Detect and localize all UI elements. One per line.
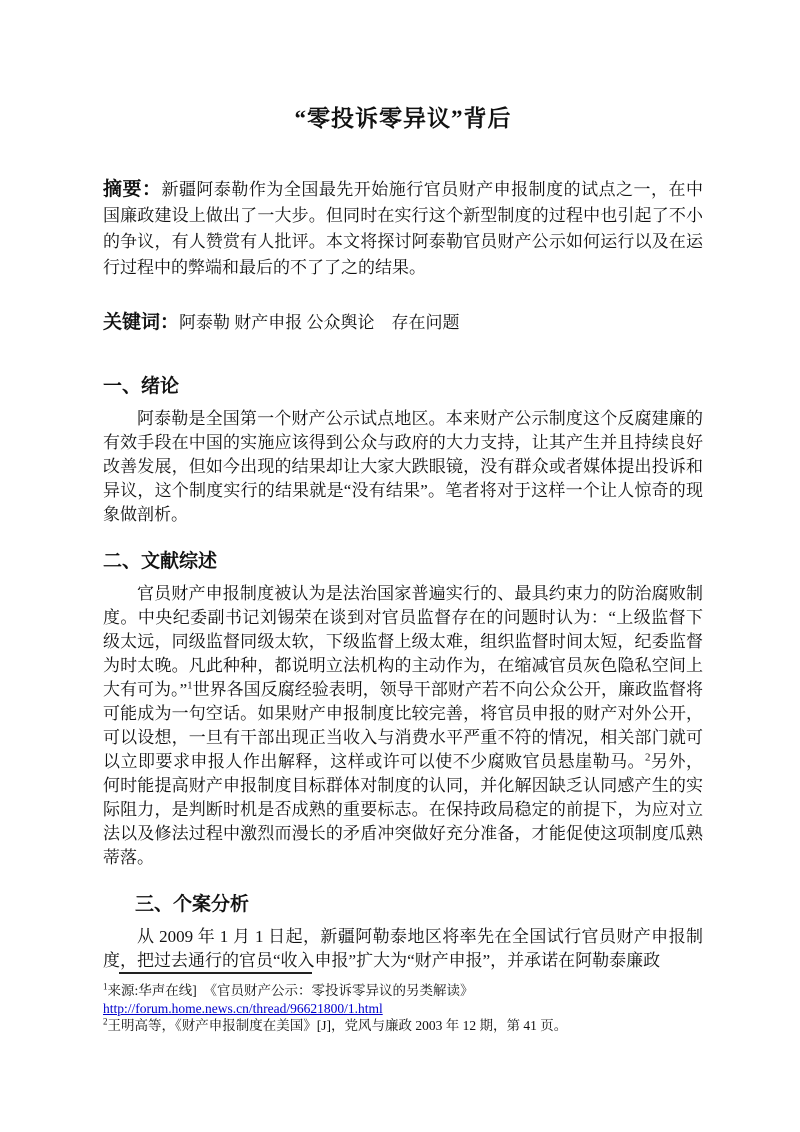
section-heading-literature-review: 二、文献综述 xyxy=(103,549,703,574)
literature-review-text-part-2: 世界各国反腐经验表明，领导干部财产若不向公众公开，廉政监督将可能成为一句空话。如… xyxy=(103,680,703,771)
footnote-1-link[interactable]: http://forum.home.news.cn/thread/9662180… xyxy=(103,1000,383,1018)
footnote-separator-rule xyxy=(119,972,312,974)
section-heading-introduction: 一、绪论 xyxy=(103,374,703,399)
abstract-text: 新疆阿泰勒作为全国最先开始施行官员财产申报制度的试点之一，在中国廉政建设上做出了… xyxy=(103,180,703,277)
keywords-text: 阿泰勒 财产申报 公众舆论 存在问题 xyxy=(179,313,460,332)
footnote-1: 1来源:华声在线] 《官员财产公示：零投诉零异议的另类解读》http://for… xyxy=(103,982,703,1017)
footnote-2: 2王明高等，《财产申报制度在美国》[J]，党风与廉政 2003 年 12 期，第… xyxy=(103,1017,703,1035)
keywords-label: 关键词： xyxy=(103,312,179,333)
abstract-paragraph: 摘要：新疆阿泰勒作为全国最先开始施行官员财产申报制度的试点之一，在中国廉政建设上… xyxy=(103,177,703,281)
page-title: “零投诉零异议”背后 xyxy=(103,103,703,135)
document-content: “零投诉零异议”背后 摘要：新疆阿泰勒作为全国最先开始施行官员财产申报制度的试点… xyxy=(0,0,800,973)
document-page: “零投诉零异议”背后 摘要：新疆阿泰勒作为全国最先开始施行官员财产申报制度的试点… xyxy=(0,0,800,1132)
abstract-label: 摘要： xyxy=(103,179,161,200)
case-analysis-paragraph: 从 2009 年 1 月 1 日起，新疆阿勒泰地区将率先在全国试行官员财产申报制… xyxy=(103,925,703,973)
literature-review-paragraph: 官员财产申报制度被认为是法治国家普遍实行的、最具约束力的防治腐败制度。中央纪委副… xyxy=(103,582,703,870)
footnote-1-text: 来源:华声在线] 《官员财产公示：零投诉零异议的另类解读》 xyxy=(108,983,474,998)
introduction-paragraph: 阿泰勒是全国第一个财产公示试点地区。本来财产公示制度这个反腐建廉的有效手段在中国… xyxy=(103,407,703,527)
section-heading-case-analysis: 三、个案分析 xyxy=(135,892,703,917)
footnote-2-text: 王明高等，《财产申报制度在美国》[J]，党风与廉政 2003 年 12 期，第 … xyxy=(108,1018,568,1033)
keywords-line: 关键词：阿泰勒 财产申报 公众舆论 存在问题 xyxy=(103,309,703,336)
footnotes-area: 1来源:华声在线] 《官员财产公示：零投诉零异议的另类解读》http://for… xyxy=(103,972,703,1035)
